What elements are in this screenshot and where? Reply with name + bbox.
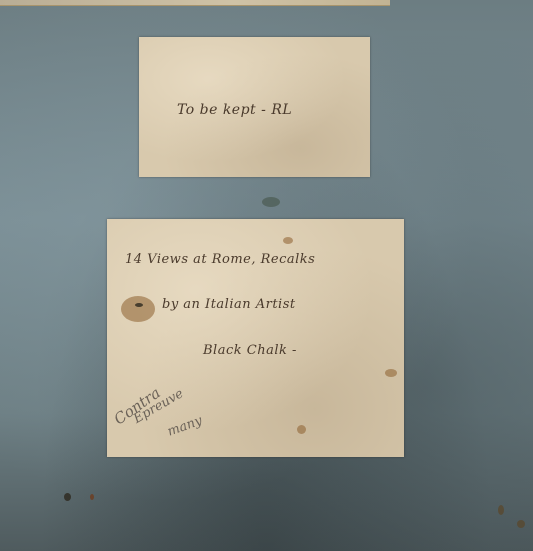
ink-blot	[135, 303, 143, 307]
board-spot	[90, 494, 94, 500]
bottom-label: 14 Views at Rome, Recalks by an Italian …	[107, 219, 404, 457]
foxing-spot	[283, 237, 293, 244]
foxing-spot	[385, 369, 397, 377]
bottom-label-line-3: Black Chalk -	[203, 343, 297, 358]
board-spot	[64, 493, 71, 501]
bottom-label-line-2: by an Italian Artist	[162, 297, 296, 312]
ink-stain	[121, 296, 155, 322]
board-spot	[498, 505, 504, 515]
paper-edge-strip	[0, 0, 390, 6]
pencil-note-line-3: many	[166, 413, 205, 439]
top-label: To be kept - RL	[139, 37, 370, 177]
foxing-spot	[297, 425, 306, 434]
board-spot	[517, 520, 525, 528]
bottom-label-line-1: 14 Views at Rome, Recalks	[125, 252, 315, 267]
board-spot	[262, 197, 280, 207]
top-label-text: To be kept - RL	[177, 102, 292, 118]
